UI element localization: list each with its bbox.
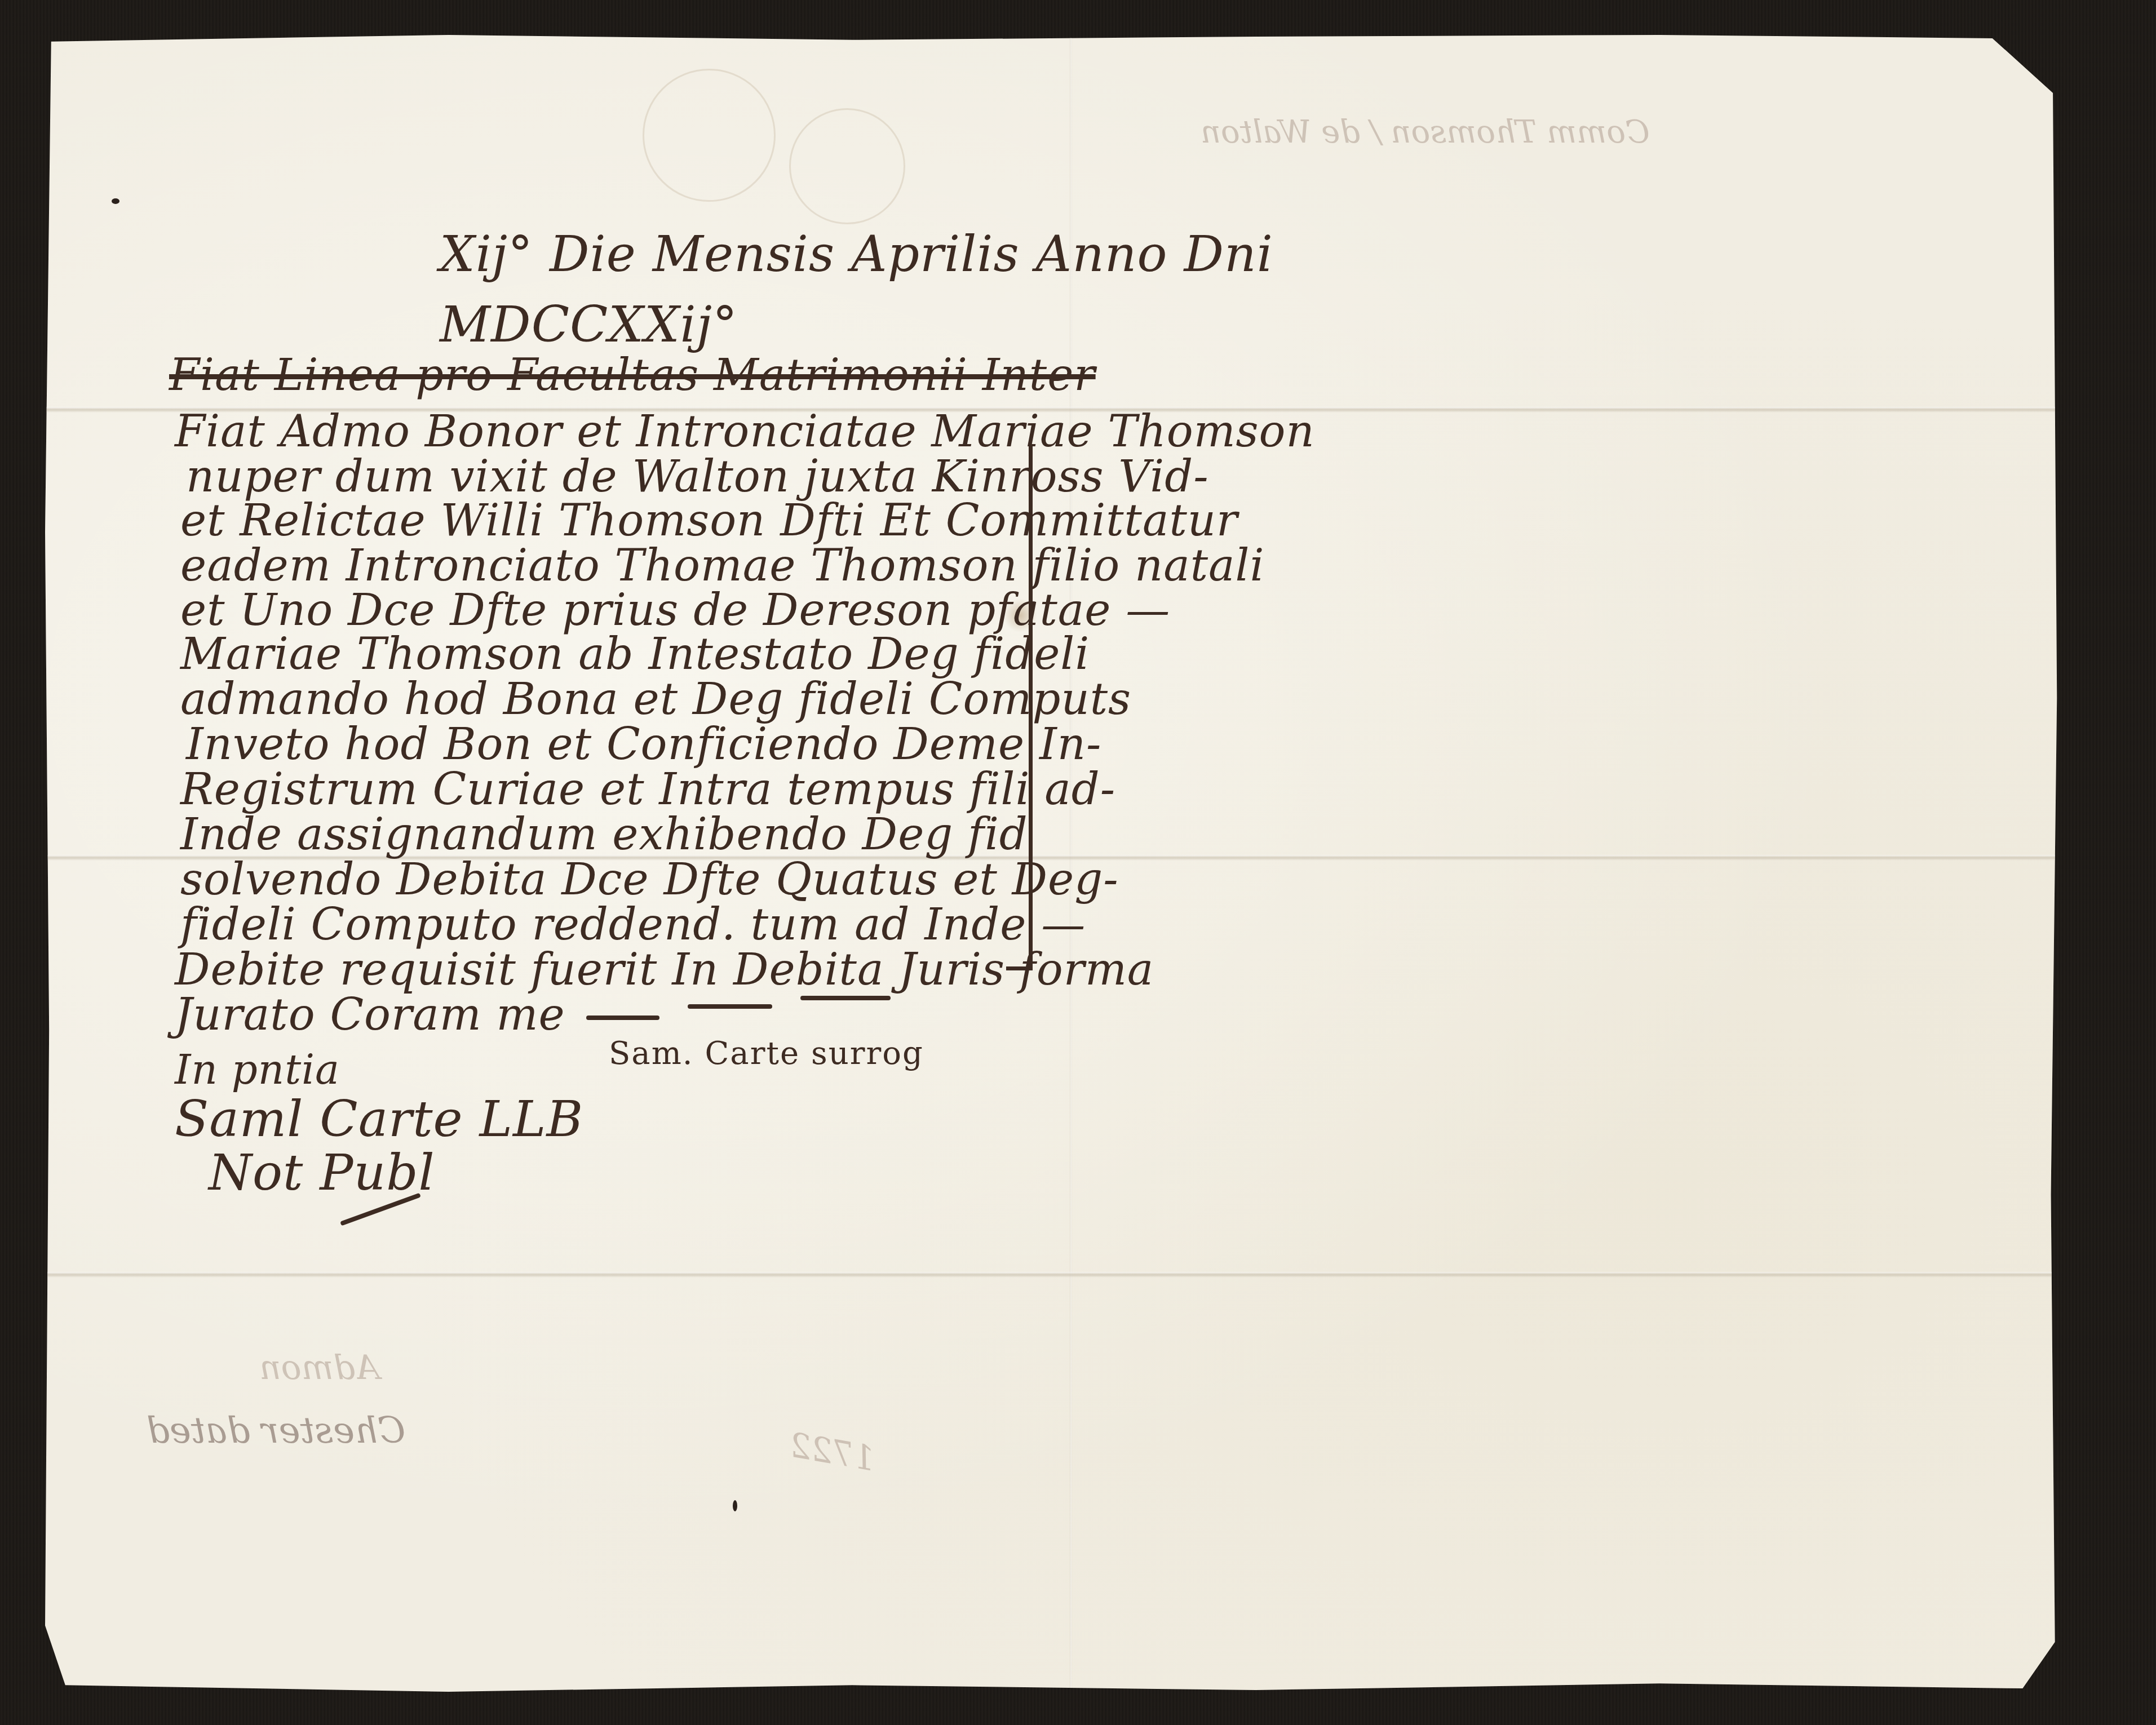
body-line: fideli Computo reddend. tum ad Inde — (180, 903, 1086, 947)
body-line: admando hod Bona et Deg fideli Computs (180, 677, 1131, 721)
body-line: Inde assignandum exhibendo Deg fid (180, 813, 1028, 857)
body-line: Inveto hod Bon et Conficiendo Deme In- (186, 722, 1101, 766)
line-filler-dash (586, 1016, 659, 1020)
surrogate-signature: Sam. Carte surrog (609, 1038, 924, 1070)
notary-title: Not Publ (209, 1148, 435, 1198)
margin-bracket (1006, 445, 1033, 970)
line-filler-dash (800, 996, 891, 1000)
line-filler-dash (688, 1004, 772, 1009)
bleedthrough-text-bottom: Admon (259, 1348, 379, 1387)
body-line: Jurato Coram me (175, 993, 565, 1037)
ink-dot (733, 1500, 737, 1511)
bleedthrough-text-top: Comm Thomson / de Walton (1201, 114, 1650, 150)
notary-name: Saml Carte LLB (175, 1094, 583, 1144)
ink-dot (112, 198, 119, 204)
bleedthrough-text-bottom: 1722 (786, 1425, 878, 1479)
body-line: nuper dum vixit de Walton juxta Kinross … (186, 455, 1209, 499)
body-line: Fiat Admo Bonor et Intronciatae Mariae T… (175, 410, 1315, 454)
attestation-line1: In pntia (175, 1049, 340, 1090)
fold-line-lower (45, 1272, 2063, 1278)
bleedthrough-text-bottom: Chester dated (147, 1410, 405, 1452)
body-line: eadem Intronciato Thomae Thomson filio n… (180, 544, 1264, 588)
body-line: et Relictae Willi Thomson Dfti Et Commit… (180, 499, 1238, 543)
manuscript-sheet: Comm Thomson / de Walton Xij° Die Mensis… (45, 35, 2063, 1692)
faint-stamp-mark (789, 108, 905, 224)
date-heading-line2: MDCCXXij° (440, 300, 738, 349)
struck-through-line: Fiat Linea pro Facultas Matrimonii Inter (169, 353, 1096, 397)
date-heading-line1: Xij° Die Mensis Aprilis Anno Dni (440, 229, 1273, 279)
body-line: solvendo Debita Dce Dfte Quatus et Deg- (180, 858, 1119, 902)
body-line: Mariae Thomson ab Intestato Deg fideli (180, 632, 1090, 676)
body-line: Registrum Curiae et Intra tempus fili ad… (180, 768, 1115, 811)
faint-stamp-mark (643, 69, 776, 202)
